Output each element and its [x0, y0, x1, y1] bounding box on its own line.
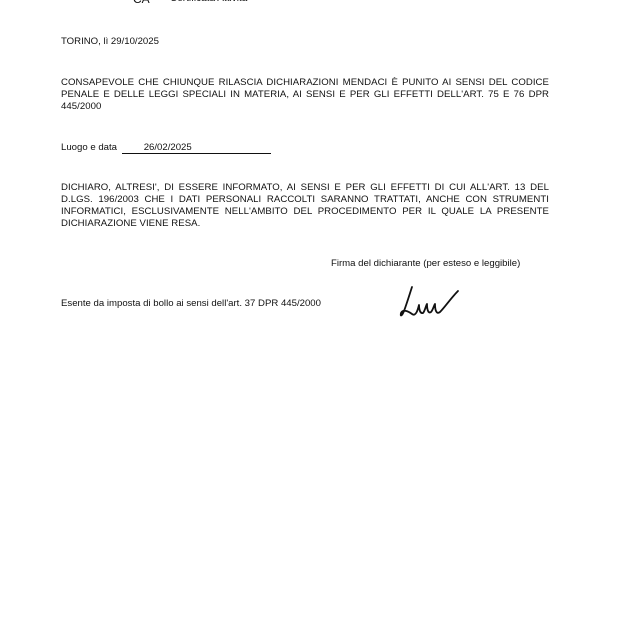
- place-date-line: TORINO, lì 29/10/2025: [61, 36, 159, 48]
- consapevole-paragraph: CONSAPEVOLE CHE CHIUNQUE RILASCIA DICHIA…: [61, 77, 549, 113]
- document-page: CA Certificata Attività TORINO, lì 29/10…: [0, 0, 640, 640]
- header-label: Certificata Attività: [170, 0, 247, 5]
- clipped-header-line: CA Certificata Attività: [0, 0, 640, 5]
- dichiaro-paragraph: DICHIARO, ALTRESI', DI ESSERE INFORMATO,…: [61, 182, 549, 230]
- stamp-duty-exemption-note: Esente da imposta di bollo ai sensi dell…: [61, 298, 321, 310]
- luogo-data-line: Luogo e data 26/02/2025: [61, 142, 271, 154]
- header-code: CA: [133, 0, 150, 5]
- handwritten-signature-icon: [398, 283, 464, 319]
- luogo-data-field[interactable]: 26/02/2025: [122, 143, 271, 154]
- signature-label: Firma del dichiarante (per esteso e legg…: [331, 258, 520, 270]
- luogo-data-label: Luogo e data: [61, 142, 117, 153]
